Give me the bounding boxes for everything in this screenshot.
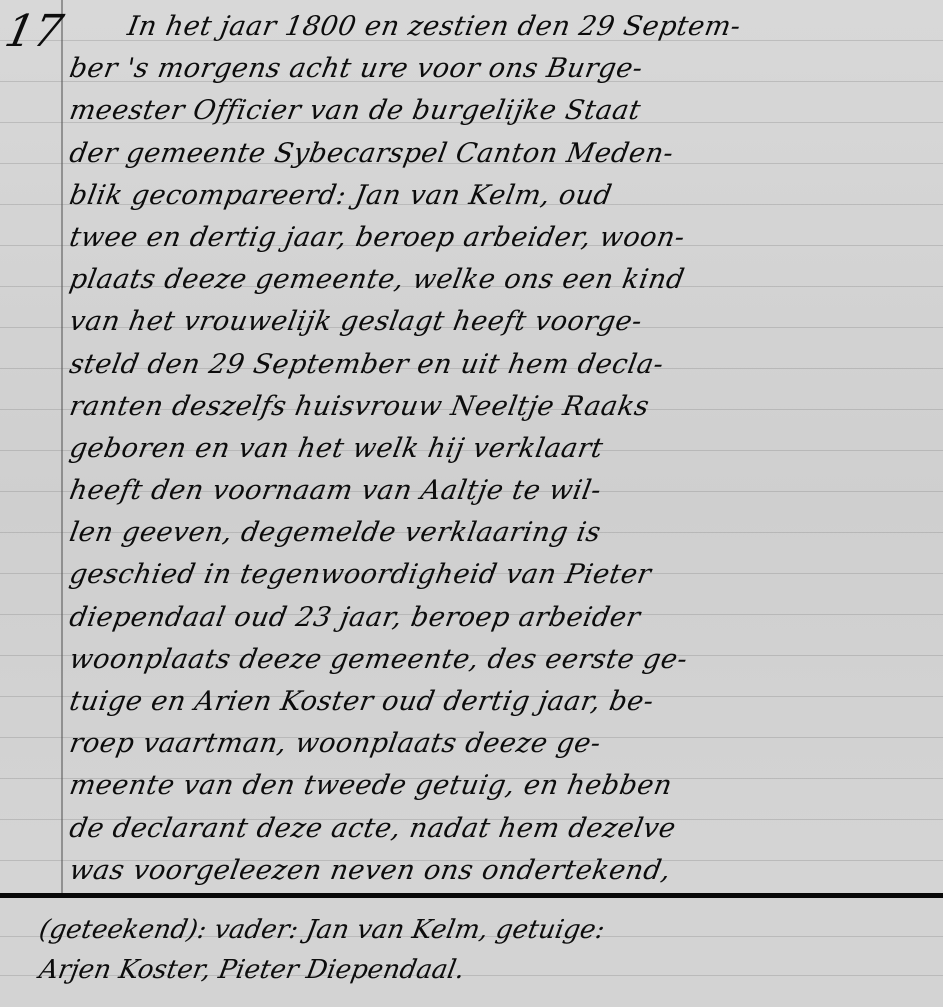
signature-text: (geteekend): vader: Jan van Kelm, getuig… [22, 910, 601, 990]
text-line: ber 's morgens acht ure voor ons Burge- [66, 48, 943, 90]
text-line: van het vrouwelijk geslagt heeft voorge- [66, 301, 943, 343]
entry-number: 17 [1, 6, 68, 57]
text-line: was voorgeleezen neven ons ondertekend, [66, 850, 943, 892]
text-line: roep vaartman, woonplaats deeze ge- [66, 723, 943, 765]
text-line: der gemeente Sybecarspel Canton Meden- [66, 133, 943, 175]
record-body: In het jaar 1800 en zestien den 29 Septe… [66, 6, 936, 934]
text-line: meester Officier van de burgelijke Staat [66, 90, 943, 132]
signature-section: (geteekend): vader: Jan van Kelm, getuig… [0, 898, 943, 1007]
text-line: diependaal oud 23 jaar, beroep arbeider [66, 597, 943, 639]
text-line: de declarant deze acte, nadat hem dezelv… [66, 808, 943, 850]
signature-line: (geteekend): vader: Jan van Kelm, getuig… [22, 910, 608, 950]
text-line: plaats deeze gemeente, welke ons een kin… [66, 259, 943, 301]
text-line: geboren en van het welk hij verklaart [66, 428, 943, 470]
text-line: blik gecompareerd: Jan van Kelm, oud [66, 175, 943, 217]
text-line: geschied in tegenwoordigheid van Pieter [66, 554, 943, 596]
text-line: ranten deszelfs huisvrouw Neeltje Raaks [66, 386, 943, 428]
signature-line: Arjen Koster, Pieter Diependaal. [22, 950, 608, 990]
text-line: len geeven, degemelde verklaaring is [66, 512, 943, 554]
text-line: meente van den tweede getuig, en hebben [66, 765, 943, 807]
text-line: twee en dertig jaar, beroep arbeider, wo… [66, 217, 943, 259]
margin-rule [61, 0, 63, 895]
text-line: heeft den voornaam van Aaltje te wil- [66, 470, 943, 512]
document-page: 17 In het jaar 1800 en zestien den 29 Se… [0, 0, 943, 1007]
text-line: woonplaats deeze gemeente, des eerste ge… [66, 639, 943, 681]
text-line: In het jaar 1800 en zestien den 29 Septe… [66, 6, 943, 48]
text-line: steld den 29 September en uit hem decla- [66, 344, 943, 386]
text-line: tuige en Arien Koster oud dertig jaar, b… [66, 681, 943, 723]
